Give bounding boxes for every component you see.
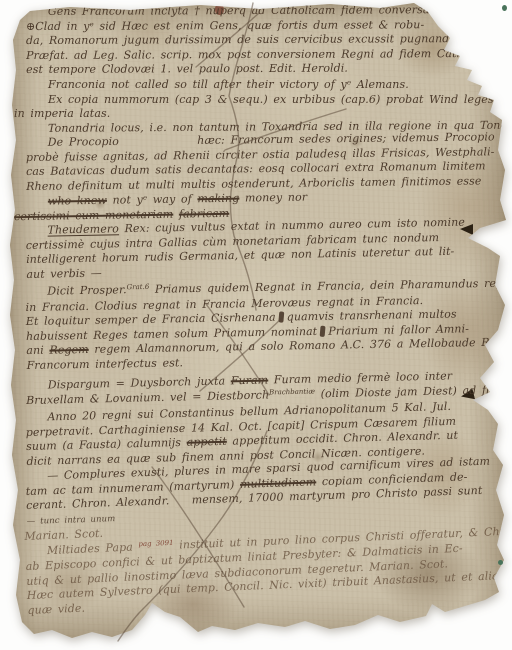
manuscript-line: Præfat. ad Leg. Salic. scrip. mox post c… bbox=[26, 47, 484, 64]
text-segment: Marian. Scot. bbox=[24, 527, 103, 543]
text-segment: est tempore Clodovæi 1. vel paulo post. … bbox=[26, 62, 348, 76]
green-speck bbox=[498, 560, 503, 565]
text-segment: not yᵉ way of bbox=[107, 192, 198, 206]
manuscript-line: est tempore Clodovæi 1. vel paulo post. … bbox=[26, 61, 484, 78]
text-segment: Priarium ni fallor Amni- bbox=[328, 322, 469, 337]
text-segment: quæ vide. bbox=[27, 601, 85, 616]
text-segment: Gens Francorum inclyta † nuperq ad Catho… bbox=[48, 3, 430, 18]
text-segment: quamvis transrhenani multos bbox=[287, 308, 457, 324]
superscript-note: pag 3091 bbox=[138, 538, 173, 547]
text-segment: aut verbis — bbox=[26, 266, 102, 280]
text-segment: ani bbox=[26, 344, 49, 357]
text-segment: — tunc intra unum bbox=[27, 514, 116, 527]
struck-text: certissimi cum monetariam bbox=[14, 207, 173, 222]
struck-text: Regem bbox=[49, 344, 89, 358]
manuscript-paragraph: Ex copia nummorum (cap 3 & sequ.) ex urb… bbox=[26, 93, 484, 122]
struck-text: making bbox=[197, 191, 239, 205]
manuscript-text: Gens Francorum inclyta † nuperq ad Catho… bbox=[26, 5, 484, 618]
manuscript-page-wrap: Gens Francorum inclyta † nuperq ad Catho… bbox=[0, 0, 512, 650]
struck-text: multitudinem bbox=[240, 475, 317, 491]
text-segment: Præfat. ad Leg. Salic. scrip. mox post c… bbox=[26, 47, 501, 62]
text-segment: in imperia latas. bbox=[14, 107, 110, 120]
text-segment: Miltiades Papa bbox=[47, 540, 139, 557]
manuscript-paragraph: Marian. Scot.Miltiades Papa pag 3091 ins… bbox=[24, 511, 485, 619]
text-segment: Ex copia nummorum (cap 3 & sequ.) ex urb… bbox=[48, 93, 512, 106]
superscript-note: Grat.6 bbox=[127, 283, 150, 291]
photo-background: Gens Francorum inclyta † nuperq ad Catho… bbox=[0, 0, 512, 650]
text-segment: money nor bbox=[239, 190, 307, 204]
struck-text: fabricam bbox=[179, 206, 230, 220]
manuscript-line: Ex copia nummorum (cap 3 & sequ.) ex urb… bbox=[26, 93, 484, 108]
struck-text: Furam bbox=[231, 373, 269, 387]
ink-blot bbox=[320, 326, 326, 337]
manuscript-paragraph: Theudemero Rex: cujus vultus extat in nu… bbox=[25, 215, 484, 282]
struck-text: who knew bbox=[48, 193, 107, 207]
manuscript-paragraph: De Procopio hæc: Francorum sedes origine… bbox=[26, 131, 485, 195]
superscript-note: Brachbantiæ bbox=[269, 387, 315, 396]
manuscript-line: Franconia not called so till after their… bbox=[26, 78, 484, 93]
text-segment: da, Romanorum jugum durissimum de suis c… bbox=[26, 32, 449, 47]
manuscript-paragraph: Gens Francorum inclyta † nuperq ad Catho… bbox=[26, 3, 484, 78]
struck-text: appetit bbox=[186, 435, 227, 449]
text-segment: Theudemero bbox=[47, 222, 119, 236]
text-segment: Dicit Prosper. bbox=[47, 284, 127, 298]
text-segment: Francorum interfectus est. bbox=[27, 357, 184, 373]
manuscript-paragraph: Franconia not called so till after their… bbox=[26, 78, 484, 93]
text-segment: ⊕Clad in yᵉ sid Hæc est enim Gens, quæ f… bbox=[26, 18, 424, 33]
ink-blot bbox=[278, 312, 284, 323]
green-speck bbox=[502, 5, 507, 11]
manuscript-paragraph: Dicit Prosper.Grat.6 Priamus quidem Regn… bbox=[25, 277, 484, 374]
text-segment: Franconia not called so till after their… bbox=[48, 78, 409, 91]
manuscript-page: Gens Francorum inclyta † nuperq ad Catho… bbox=[8, 2, 508, 646]
